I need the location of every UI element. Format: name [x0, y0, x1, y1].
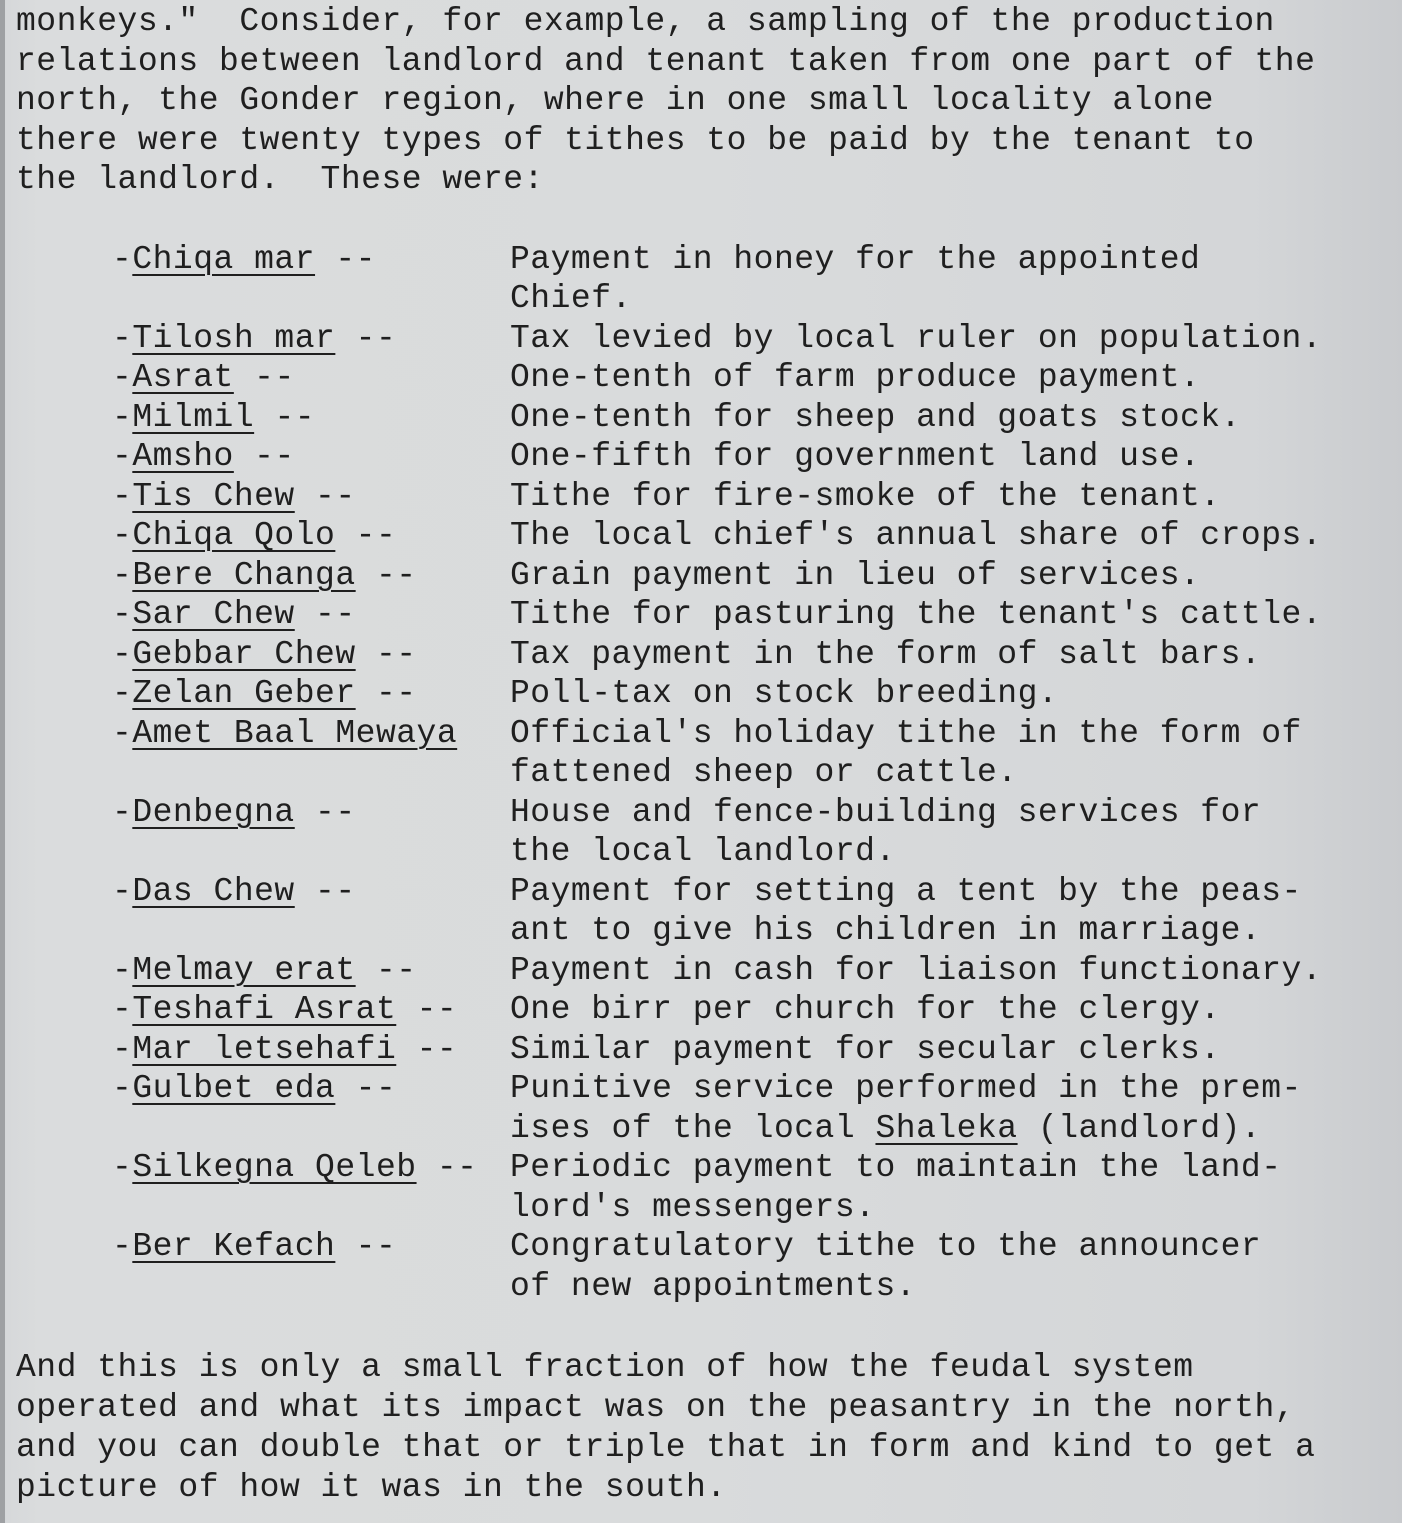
- definition-text: Payment in cash for liaison functionary.: [510, 952, 1322, 989]
- tithe-definition: One-fifth for government land use.: [510, 437, 1396, 477]
- closing-paragraph: And this is only a small fraction of how…: [16, 1348, 1396, 1508]
- definition-line: Payment in honey for the appointed: [510, 240, 1396, 280]
- tithe-item: -Milmil --One-tenth for sheep and goats …: [16, 398, 1396, 438]
- tithe-bullet: -: [112, 1149, 132, 1186]
- definition-line: Grain payment in lieu of services.: [510, 556, 1396, 596]
- tithe-bullet: -: [112, 794, 132, 831]
- tithe-term: Amet Baal Mewaya: [132, 715, 457, 752]
- tithe-term-cell: -Asrat --: [16, 358, 510, 398]
- tithe-term-cell: -Ber Kefach --: [16, 1227, 510, 1267]
- tithe-term-cell: -Chiqa mar --: [16, 240, 510, 280]
- tithe-definition: House and fence-building services forthe…: [510, 793, 1396, 872]
- definition-line: One birr per church for the clergy.: [510, 990, 1396, 1030]
- tithe-bullet: -: [112, 1228, 132, 1265]
- tithe-term-cell: -Sar Chew --: [16, 595, 510, 635]
- tithe-bullet: -: [112, 991, 132, 1028]
- tithe-definition: Official's holiday tithe in the form off…: [510, 714, 1396, 793]
- definition-text: Payment for setting a tent by the peas-: [510, 873, 1302, 910]
- definition-line: Periodic payment to maintain the land-: [510, 1148, 1396, 1188]
- definition-text: Chief.: [510, 280, 632, 317]
- tithe-bullet: -: [112, 320, 132, 357]
- scan-page-edge: [0, 0, 5, 1523]
- intro-line: the landlord. These were:: [16, 160, 1396, 200]
- tithe-item: -Sar Chew --Tithe for pasturing the tena…: [16, 595, 1396, 635]
- tithe-separator: --: [335, 1070, 396, 1107]
- tithe-definition: One-tenth for sheep and goats stock.: [510, 398, 1396, 438]
- tithe-item: -Gulbet eda --Punitive service performed…: [16, 1069, 1396, 1148]
- tithe-separator: --: [356, 675, 417, 712]
- closing-line: And this is only a small fraction of how…: [16, 1348, 1396, 1388]
- tithe-item: -Teshafi Asrat --One birr per church for…: [16, 990, 1396, 1030]
- tithe-separator: --: [356, 952, 417, 989]
- definition-line: One-tenth of farm produce payment.: [510, 358, 1396, 398]
- definition-text: Tithe for fire-smoke of the tenant.: [510, 478, 1221, 515]
- tithe-bullet: -: [112, 1031, 132, 1068]
- definition-line: One-fifth for government land use.: [510, 437, 1396, 477]
- tithe-definition: Payment in honey for the appointedChief.: [510, 240, 1396, 319]
- definition-text: Similar payment for secular clerks.: [510, 1031, 1221, 1068]
- definition-line: fattened sheep or cattle.: [510, 753, 1396, 793]
- tithe-term-cell: -Melmay erat --: [16, 951, 510, 991]
- tithe-term: Tilosh mar: [132, 320, 335, 357]
- tithe-item: -Das Chew --Payment for setting a tent b…: [16, 872, 1396, 951]
- tithe-term: Sar Chew: [132, 596, 294, 633]
- tithe-bullet: -: [112, 241, 132, 278]
- definition-text: House and fence-building services for: [510, 794, 1261, 831]
- definition-line: ant to give his children in marriage.: [510, 911, 1396, 951]
- tithe-term-cell: -Milmil --: [16, 398, 510, 438]
- tithe-bullet: -: [112, 359, 132, 396]
- tithe-term: Zelan Geber: [132, 675, 355, 712]
- tithe-item: -Gebbar Chew --Tax payment in the form o…: [16, 635, 1396, 675]
- tithe-separator: --: [315, 241, 376, 278]
- definition-text: Poll-tax on stock breeding.: [510, 675, 1058, 712]
- definition-text: fattened sheep or cattle.: [510, 754, 1018, 791]
- definition-text: One-fifth for government land use.: [510, 438, 1200, 475]
- definition-line: of new appointments.: [510, 1267, 1396, 1307]
- intro-line: north, the Gonder region, where in one s…: [16, 81, 1396, 121]
- tithe-separator: --: [396, 1031, 457, 1068]
- tithe-item: -Melmay erat --Payment in cash for liais…: [16, 951, 1396, 991]
- tithe-definition: One birr per church for the clergy.: [510, 990, 1396, 1030]
- intro-paragraph: monkeys." Consider, for example, a sampl…: [16, 2, 1396, 200]
- tithe-item: -Denbegna --House and fence-building ser…: [16, 793, 1396, 872]
- definition-text: ises of the local: [510, 1110, 875, 1147]
- definition-line: Payment in cash for liaison functionary.: [510, 951, 1396, 991]
- tithe-item: -Ber Kefach --Congratulatory tithe to th…: [16, 1227, 1396, 1306]
- tithe-definition: One-tenth of farm produce payment.: [510, 358, 1396, 398]
- tithe-term-cell: -Tis Chew --: [16, 477, 510, 517]
- tithe-bullet: -: [112, 399, 132, 436]
- definition-text: of new appointments.: [510, 1268, 916, 1305]
- tithe-definition: Tithe for pasturing the tenant's cattle.: [510, 595, 1396, 635]
- tithe-separator: --: [396, 991, 457, 1028]
- tithe-term: Mar letsehafi: [132, 1031, 396, 1068]
- tithe-term: Chiqa Qolo: [132, 517, 335, 554]
- tithe-term-cell: -Bere Changa --: [16, 556, 510, 596]
- tithe-term: Asrat: [132, 359, 234, 396]
- tithe-bullet: -: [112, 952, 132, 989]
- definition-text: Official's holiday tithe in the form of: [510, 715, 1302, 752]
- tithe-separator: --: [356, 636, 417, 673]
- tithe-bullet: -: [112, 517, 132, 554]
- tithe-definition: Grain payment in lieu of services.: [510, 556, 1396, 596]
- definition-line: Tithe for fire-smoke of the tenant.: [510, 477, 1396, 517]
- tithe-separator: --: [295, 478, 356, 515]
- definition-text: The local chief's annual share of crops.: [510, 517, 1322, 554]
- tithe-item: -Asrat --One-tenth of farm produce payme…: [16, 358, 1396, 398]
- definition-text: (landlord).: [1018, 1110, 1262, 1147]
- tithe-definition: The local chief's annual share of crops.: [510, 516, 1396, 556]
- definition-text: Periodic payment to maintain the land-: [510, 1149, 1282, 1186]
- closing-line: operated and what its impact was on the …: [16, 1388, 1396, 1428]
- definition-line: Similar payment for secular clerks.: [510, 1030, 1396, 1070]
- intro-line: relations between landlord and tenant ta…: [16, 42, 1396, 82]
- definition-line: Poll-tax on stock breeding.: [510, 674, 1396, 714]
- tithe-term: Denbegna: [132, 794, 294, 831]
- tithe-term-cell: -Zelan Geber --: [16, 674, 510, 714]
- tithe-bullet: -: [112, 478, 132, 515]
- tithe-separator: --: [234, 359, 295, 396]
- tithe-definition: Poll-tax on stock breeding.: [510, 674, 1396, 714]
- definition-line: Official's holiday tithe in the form of: [510, 714, 1396, 754]
- tithe-term-cell: -Chiqa Qolo --: [16, 516, 510, 556]
- definition-text: Tithe for pasturing the tenant's cattle.: [510, 596, 1322, 633]
- tithe-bullet: -: [112, 715, 132, 752]
- tithe-bullet: -: [112, 596, 132, 633]
- definition-text: One birr per church for the clergy.: [510, 991, 1221, 1028]
- tithe-term: Chiqa mar: [132, 241, 315, 278]
- tithe-item: -Zelan Geber --Poll-tax on stock breedin…: [16, 674, 1396, 714]
- tithe-term: Amsho: [132, 438, 234, 475]
- definition-line: ises of the local Shaleka (landlord).: [510, 1109, 1396, 1149]
- tithe-bullet: -: [112, 557, 132, 594]
- tithe-term: Gebbar Chew: [132, 636, 355, 673]
- tithe-separator: --: [295, 873, 356, 910]
- definition-text: One-tenth for sheep and goats stock.: [510, 399, 1241, 436]
- definition-line: Punitive service performed in the prem-: [510, 1069, 1396, 1109]
- definition-line: Tax payment in the form of salt bars.: [510, 635, 1396, 675]
- closing-line: and you can double that or triple that i…: [16, 1428, 1396, 1468]
- tithe-item: -Bere Changa --Grain payment in lieu of …: [16, 556, 1396, 596]
- tithe-term-cell: -Amsho --: [16, 437, 510, 477]
- definition-line: Tithe for pasturing the tenant's cattle.: [510, 595, 1396, 635]
- tithe-item: -Chiqa Qolo --The local chief's annual s…: [16, 516, 1396, 556]
- tithe-item: -Chiqa mar --Payment in honey for the ap…: [16, 240, 1396, 319]
- tithe-list: -Chiqa mar --Payment in honey for the ap…: [16, 240, 1396, 1307]
- tithe-term: Tis Chew: [132, 478, 294, 515]
- definition-text: ant to give his children in marriage.: [510, 912, 1261, 949]
- definition-text: Grain payment in lieu of services.: [510, 557, 1200, 594]
- definition-text: Tax payment in the form of salt bars.: [510, 636, 1261, 673]
- tithe-item: -Silkegna Qeleb --Periodic payment to ma…: [16, 1148, 1396, 1227]
- closing-line: picture of how it was in the south.: [16, 1468, 1396, 1508]
- tithe-term-cell: -Teshafi Asrat --: [16, 990, 510, 1030]
- tithe-term: Milmil: [132, 399, 254, 436]
- tithe-term-cell: -Denbegna --: [16, 793, 510, 833]
- tithe-term: Melmay erat: [132, 952, 355, 989]
- tithe-term-cell: -Gulbet eda --: [16, 1069, 510, 1109]
- definition-line: Chief.: [510, 279, 1396, 319]
- tithe-separator: --: [254, 399, 315, 436]
- definition-text: Tax levied by local ruler on population.: [510, 320, 1322, 357]
- tithe-bullet: -: [112, 636, 132, 673]
- definition-line: the local landlord.: [510, 832, 1396, 872]
- tithe-definition: Tithe for fire-smoke of the tenant.: [510, 477, 1396, 517]
- tithe-term-cell: -Das Chew --: [16, 872, 510, 912]
- tithe-definition: Tax payment in the form of salt bars.: [510, 635, 1396, 675]
- tithe-term-cell: -Silkegna Qeleb --: [16, 1148, 510, 1188]
- definition-text: lord's messengers.: [510, 1189, 875, 1226]
- tithe-term: Teshafi Asrat: [132, 991, 396, 1028]
- definition-text: Congratulatory tithe to the announcer: [510, 1228, 1261, 1265]
- tithe-item: -Tis Chew --Tithe for fire-smoke of the …: [16, 477, 1396, 517]
- tithe-term: Das Chew: [132, 873, 294, 910]
- definition-line: Tax levied by local ruler on population.: [510, 319, 1396, 359]
- definition-text: Punitive service performed in the prem-: [510, 1070, 1302, 1107]
- tithe-separator: --: [295, 596, 356, 633]
- tithe-definition: Payment for setting a tent by the peas-a…: [510, 872, 1396, 951]
- tithe-definition: Periodic payment to maintain the land-lo…: [510, 1148, 1396, 1227]
- tithe-separator: --: [356, 557, 417, 594]
- tithe-term-cell: -Tilosh mar --: [16, 319, 510, 359]
- tithe-bullet: -: [112, 675, 132, 712]
- definition-line: House and fence-building services for: [510, 793, 1396, 833]
- tithe-separator: --: [417, 1149, 478, 1186]
- definition-text: Payment in honey for the appointed: [510, 241, 1200, 278]
- definition-text: the local landlord.: [510, 833, 896, 870]
- tithe-bullet: -: [112, 873, 132, 910]
- tithe-item: -Mar letsehafi --Similar payment for sec…: [16, 1030, 1396, 1070]
- tithe-separator: --: [335, 1228, 396, 1265]
- intro-line: monkeys." Consider, for example, a sampl…: [16, 2, 1396, 42]
- tithe-definition: Payment in cash for liaison functionary.: [510, 951, 1396, 991]
- tithe-term-cell: -Mar letsehafi --: [16, 1030, 510, 1070]
- tithe-term: Silkegna Qeleb: [132, 1149, 416, 1186]
- tithe-term-cell: -Amet Baal Mewaya: [16, 714, 510, 754]
- underlined-term: Shaleka: [875, 1110, 1017, 1147]
- tithe-definition: Punitive service performed in the prem-i…: [510, 1069, 1396, 1148]
- definition-line: Payment for setting a tent by the peas-: [510, 872, 1396, 912]
- tithe-term: Bere Changa: [132, 557, 355, 594]
- tithe-item: -Amsho --One-fifth for government land u…: [16, 437, 1396, 477]
- intro-line: there were twenty types of tithes to be …: [16, 121, 1396, 161]
- definition-line: Congratulatory tithe to the announcer: [510, 1227, 1396, 1267]
- definition-line: One-tenth for sheep and goats stock.: [510, 398, 1396, 438]
- tithe-term: Ber Kefach: [132, 1228, 335, 1265]
- tithe-definition: Congratulatory tithe to the announcerof …: [510, 1227, 1396, 1306]
- tithe-definition: Similar payment for secular clerks.: [510, 1030, 1396, 1070]
- tithe-separator: --: [335, 320, 396, 357]
- definition-text: One-tenth of farm produce payment.: [510, 359, 1200, 396]
- tithe-bullet: -: [112, 438, 132, 475]
- tithe-bullet: -: [112, 1070, 132, 1107]
- tithe-term: Gulbet eda: [132, 1070, 335, 1107]
- tithe-item: -Tilosh mar --Tax levied by local ruler …: [16, 319, 1396, 359]
- definition-line: lord's messengers.: [510, 1188, 1396, 1228]
- tithe-separator: --: [295, 794, 356, 831]
- tithe-separator: --: [234, 438, 295, 475]
- tithe-separator: --: [335, 517, 396, 554]
- definition-line: The local chief's annual share of crops.: [510, 516, 1396, 556]
- tithe-definition: Tax levied by local ruler on population.: [510, 319, 1396, 359]
- tithe-term-cell: -Gebbar Chew --: [16, 635, 510, 675]
- document-page: monkeys." Consider, for example, a sampl…: [16, 2, 1396, 1508]
- tithe-item: -Amet Baal MewayaOfficial's holiday tith…: [16, 714, 1396, 793]
